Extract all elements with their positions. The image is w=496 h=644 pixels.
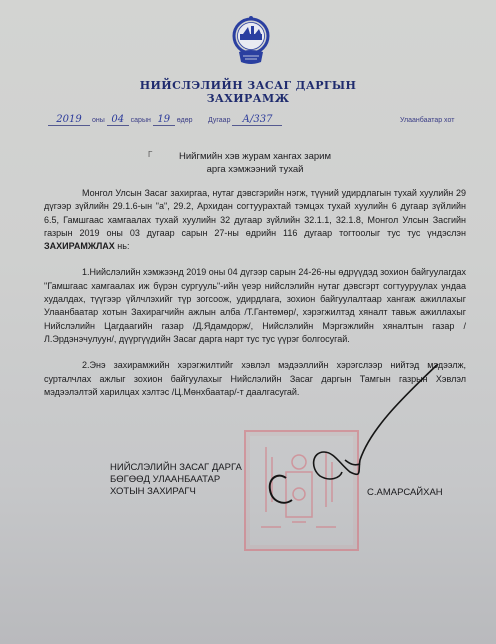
- issue-city: Улаанбаатар хот: [400, 117, 454, 124]
- clause-1: 1.Нийслэлийн хэмжээнд 2019 оны 04 дүгээр…: [44, 266, 466, 346]
- signer-title-line-1: НИЙСЛЭЛИЙН ЗАСАГ ДАРГА: [110, 462, 242, 474]
- number-label: Дугаар: [208, 117, 230, 124]
- decree-date: 2019 оны 04 сарын 19 өдөр: [48, 114, 193, 126]
- decree-meta-row: 2019 оны 04 сарын 19 өдөр Дугаар А/337 У…: [0, 112, 496, 132]
- issuer-line-2: ЗАХИРАМЖ: [0, 92, 496, 105]
- date-day: 19: [153, 114, 175, 126]
- issuer-line-1: НИЙСЛЭЛИЙН ЗАСАГ ДАРГЫН: [0, 79, 496, 92]
- signer-title-line-2: БӨГӨӨД УЛААНБААТАР: [110, 474, 242, 486]
- number-value: А/337: [232, 114, 282, 126]
- signer-title-line-3: ХОТЫН ЗАХИРАГЧ: [110, 486, 242, 498]
- date-year: 2019: [48, 114, 90, 126]
- mongolia-state-emblem-icon: [231, 12, 271, 68]
- month-suffix: сарын: [131, 117, 151, 124]
- signer-name: С.АМАРСАЙХАН: [367, 487, 443, 498]
- decree-number: Дугаар А/337: [208, 114, 282, 126]
- issuer-heading: НИЙСЛЭЛИЙН ЗАСАГ ДАРГЫН ЗАХИРАМЖ: [0, 79, 496, 105]
- day-suffix: өдөр: [177, 117, 193, 124]
- preamble-paragraph: Монгол Улсын Засаг захиргаа, нутаг дэвсг…: [44, 187, 466, 253]
- decree-subject: Нийгмийн хэв журам хангах зарим арга хэм…: [140, 150, 370, 176]
- signer-title: НИЙСЛЭЛИЙН ЗАСАГ ДАРГА БӨГӨӨД УЛААНБААТА…: [110, 462, 242, 498]
- subject-line-2: арга хэмжээний тухай: [140, 163, 370, 176]
- subject-line-1: Нийгмийн хэв журам хангах зарим: [140, 150, 370, 163]
- year-suffix: оны: [92, 117, 105, 124]
- decree-document: НИЙСЛЭЛИЙН ЗАСАГ ДАРГЫН ЗАХИРАМЖ 2019 он…: [0, 0, 496, 644]
- decree-keyword: ЗАХИРАМЖЛАХ: [44, 241, 115, 251]
- date-month: 04: [107, 114, 129, 126]
